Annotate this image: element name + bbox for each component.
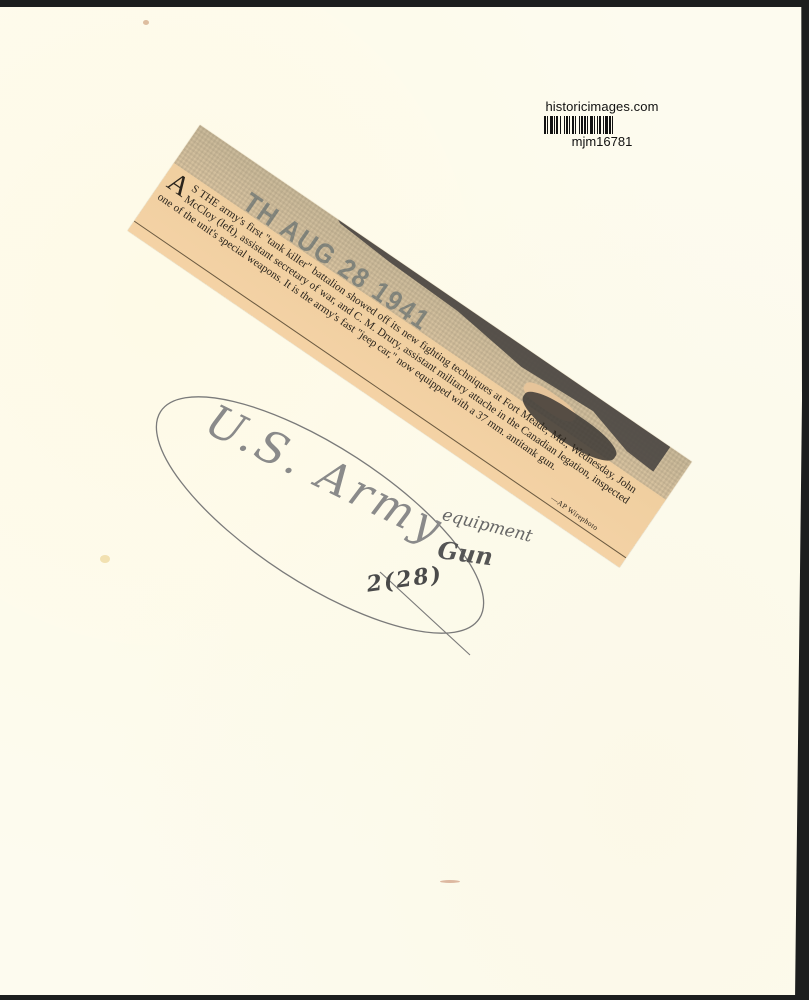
- watermark-id: mjm16781: [540, 135, 664, 149]
- watermark-site: historicimages.com: [540, 100, 664, 114]
- paper-stain: [143, 20, 149, 25]
- watermark: historicimages.com mjm16781: [540, 100, 664, 149]
- paper-stain: [440, 880, 460, 883]
- barcode-icon: [544, 116, 660, 134]
- paper-stain: [100, 555, 110, 563]
